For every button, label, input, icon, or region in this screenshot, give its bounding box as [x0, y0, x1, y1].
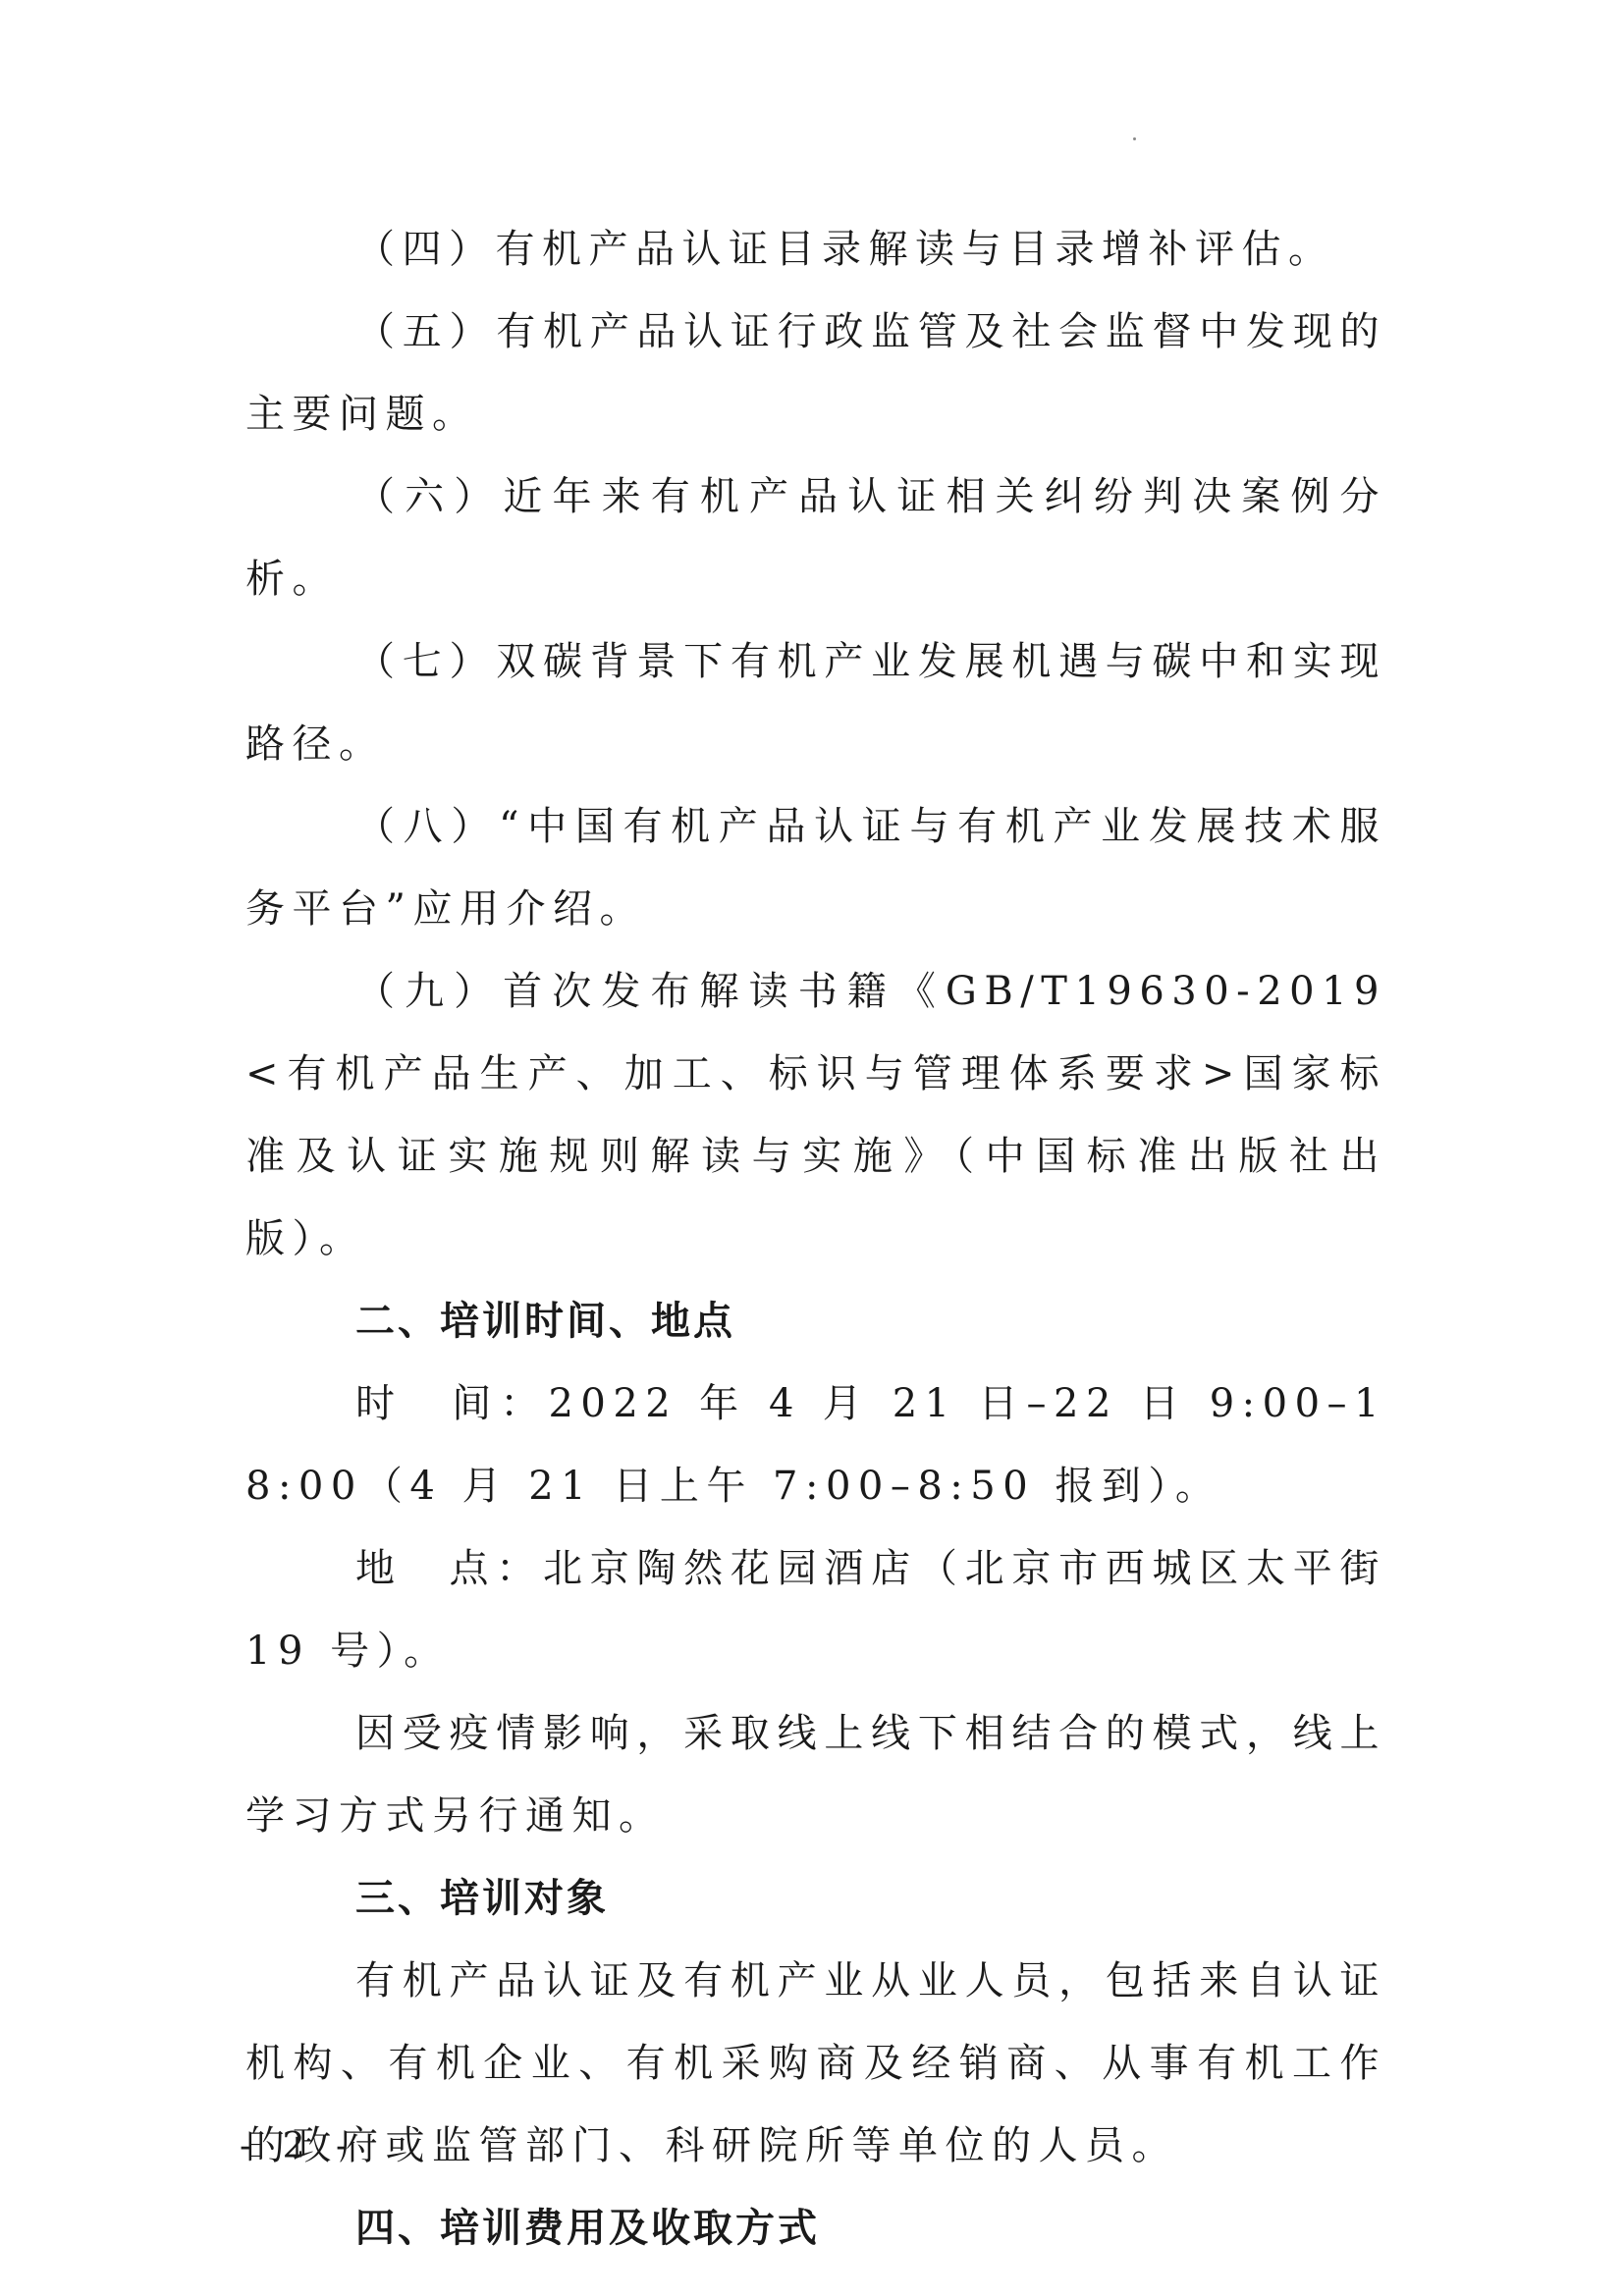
item-6-dispute-cases: （六）近年来有机产品认证相关纠纷判决案例分析。 [245, 455, 1386, 620]
document-page: （四）有机产品认证目录解读与目录增补评估。 （五）有机产品认证行政监管及社会监督… [245, 208, 1386, 2269]
item-8-service-platform: （八）“中国有机产品认证与有机产业发展技术服务平台”应用介绍。 [245, 785, 1386, 950]
online-notice: 因受疫情影响，采取线上线下相结合的模式，线上学习方式另行通知。 [245, 1692, 1386, 1857]
training-time: 时 间：2022 年 4 月 21 日–22 日 9:00–18:00（4 月 … [245, 1362, 1386, 1527]
section-heading-fees: 四、培训费用及收取方式 [245, 2187, 1386, 2269]
training-location: 地 点：北京陶然花园酒店（北京市西城区太平街 19 号）。 [245, 1527, 1386, 1692]
section-heading-time-location: 二、培训时间、地点 [245, 1280, 1386, 1362]
section-heading-audience: 三、培训对象 [245, 1857, 1386, 1940]
page-number: - 2 - [240, 2126, 357, 2166]
item-7-carbon-neutrality: （七）双碳背景下有机产业发展机遇与碳中和实现路径。 [245, 620, 1386, 785]
item-9-book-release: （九）首次发布解读书籍《GB/T19630-2019<有机产品生产、加工、标识与… [245, 950, 1386, 1280]
item-4-certification-catalog: （四）有机产品认证目录解读与目录增补评估。 [245, 208, 1386, 291]
audience-description: 有机产品认证及有机产业从业人员，包括来自认证机构、有机企业、有机采购商及经销商、… [245, 1940, 1386, 2187]
scan-artifact-dot [1133, 137, 1136, 140]
item-5-supervision-issues: （五）有机产品认证行政监管及社会监督中发现的主要问题。 [245, 291, 1386, 455]
